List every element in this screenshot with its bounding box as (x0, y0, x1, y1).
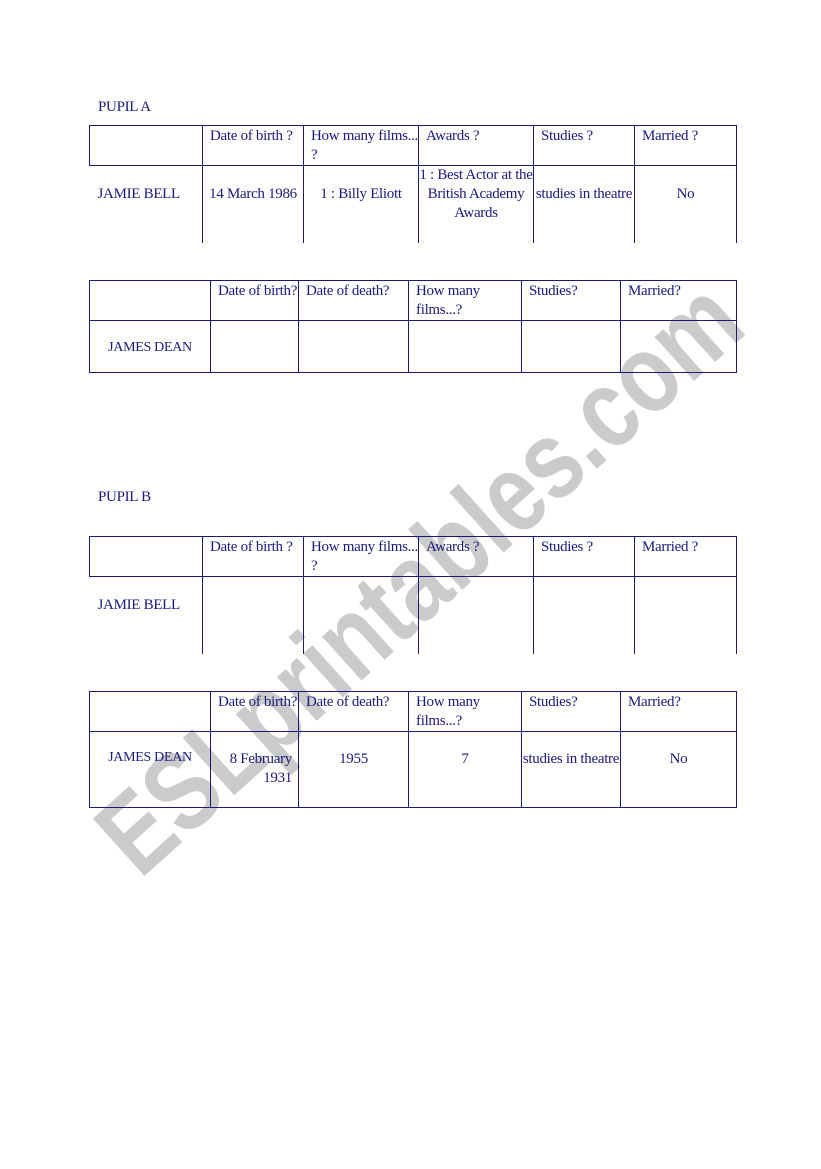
cell-films: 7 (409, 732, 522, 808)
header-date-of-birth: Date of birth? (211, 281, 299, 321)
cell-name: JAMIE BELL (90, 166, 203, 243)
header-studies: Studies ? (534, 537, 635, 577)
header-row: Date of birth ? How many films... ? Awar… (90, 537, 737, 577)
table-row: JAMIE BELL 14 March 1986 1 : Billy Eliot… (90, 166, 737, 243)
pupil-b-jamie-bell-table: Date of birth ? How many films... ? Awar… (89, 536, 737, 654)
cell-name: JAMES DEAN (90, 732, 211, 808)
header-row: Date of birth? Date of death? How many f… (90, 281, 737, 321)
cell-studies: studies in theatre (522, 732, 621, 808)
header-date-of-death: Date of death? (299, 281, 409, 321)
header-films: How many films... ? (304, 537, 419, 577)
header-studies: Studies? (522, 692, 621, 732)
cell-married: No (635, 166, 737, 243)
cell-studies: studies in theatre (534, 166, 635, 243)
cell-date-of-death[interactable] (299, 321, 409, 373)
header-date-of-birth: Date of birth? (211, 692, 299, 732)
pupil-a-james-dean-table: Date of birth? Date of death? How many f… (89, 280, 737, 373)
cell-date-of-birth: 14 March 1986 (203, 166, 304, 243)
pupil-a-label: PUPIL A (98, 99, 151, 116)
header-awards: Awards ? (419, 126, 534, 166)
cell-films: 1 : Billy Eliott (304, 166, 419, 243)
table-row: JAMIE BELL (90, 577, 737, 654)
cell-married[interactable] (635, 577, 737, 654)
cell-date-of-death: 1955 (299, 732, 409, 808)
header-films: How many films...? (409, 281, 522, 321)
header-studies: Studies ? (534, 126, 635, 166)
cell-married[interactable] (621, 321, 737, 373)
cell-films[interactable] (304, 577, 419, 654)
header-films: How many films... ? (304, 126, 419, 166)
cell-name: JAMIE BELL (90, 577, 203, 654)
header-married: Married? (621, 692, 737, 732)
cell-films[interactable] (409, 321, 522, 373)
header-date-of-birth: Date of birth ? (203, 537, 304, 577)
header-row: Date of birth? Date of death? How many f… (90, 692, 737, 732)
header-date-of-birth: Date of birth ? (203, 126, 304, 166)
header-blank (90, 537, 203, 577)
cell-date-of-birth[interactable] (211, 321, 299, 373)
header-row: Date of birth ? How many films... ? Awar… (90, 126, 737, 166)
cell-awards[interactable] (419, 577, 534, 654)
header-films: How many films...? (409, 692, 522, 732)
pupil-b-james-dean-table: Date of birth? Date of death? How many f… (89, 691, 737, 808)
header-married: Married ? (635, 126, 737, 166)
header-date-of-death: Date of death? (299, 692, 409, 732)
header-married: Married? (621, 281, 737, 321)
header-blank (90, 692, 211, 732)
header-married: Married ? (635, 537, 737, 577)
cell-awards: 1 : Best Actor at the British Academy Aw… (419, 166, 534, 243)
cell-married: No (621, 732, 737, 808)
cell-date-of-birth[interactable] (203, 577, 304, 654)
table-row: JAMES DEAN 8 February 1931 1955 7 studie… (90, 732, 737, 808)
cell-date-of-birth: 8 February 1931 (211, 732, 299, 808)
header-studies: Studies? (522, 281, 621, 321)
cell-studies[interactable] (522, 321, 621, 373)
cell-name: JAMES DEAN (90, 321, 211, 373)
cell-studies[interactable] (534, 577, 635, 654)
table-row: JAMES DEAN (90, 321, 737, 373)
pupil-a-jamie-bell-table: Date of birth ? How many films... ? Awar… (89, 125, 737, 243)
pupil-b-label: PUPIL B (98, 489, 151, 506)
header-blank (90, 281, 211, 321)
header-blank (90, 126, 203, 166)
header-awards: Awards ? (419, 537, 534, 577)
